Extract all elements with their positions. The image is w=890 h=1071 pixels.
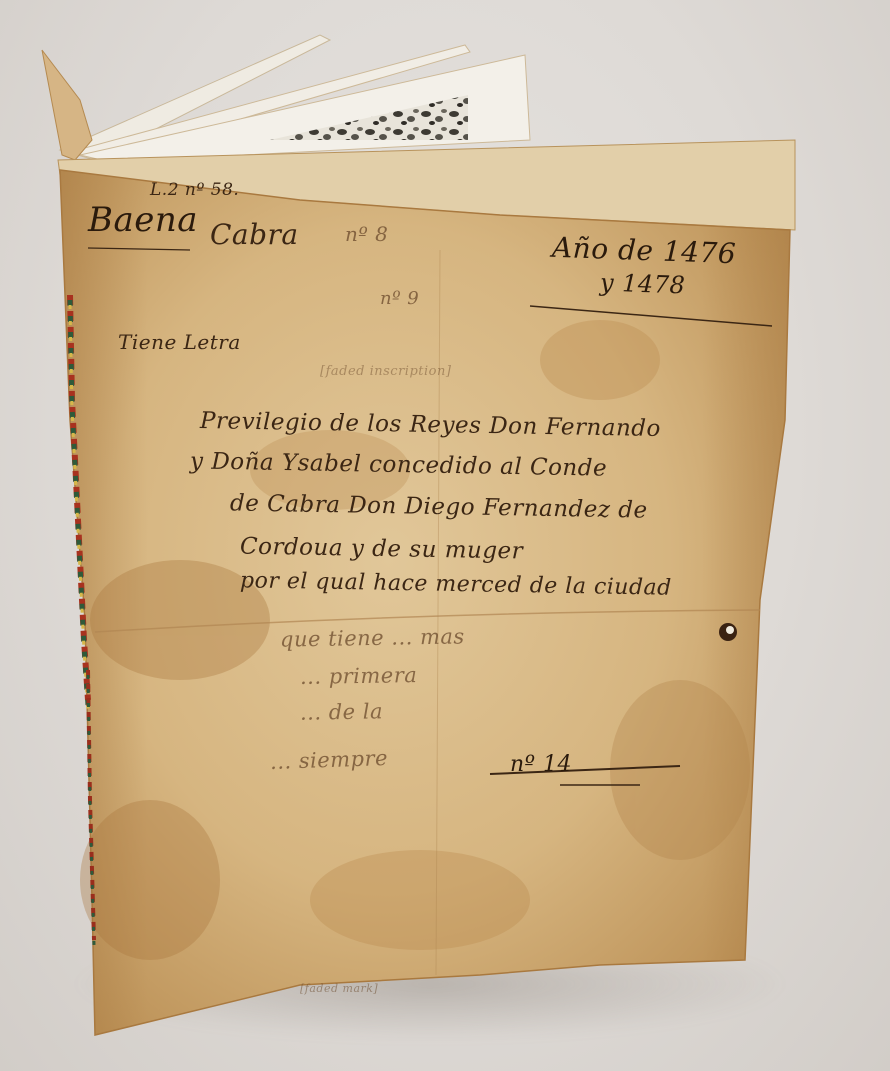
- faint-line: [faded inscription]: [320, 364, 451, 379]
- body-line-4: Cordoua y de su muger: [240, 534, 524, 565]
- photo-scene: L.2 nº 58. Baena Cabra nº 8 Año de 1476 …: [0, 0, 890, 1071]
- manuscript-book: [0, 0, 890, 1071]
- body-line-7: ... primera: [300, 663, 418, 689]
- year-line-2: y 1478: [600, 269, 686, 300]
- number-mid: nº 9: [380, 288, 419, 309]
- shelfmark-top: L.2 nº 58.: [150, 180, 239, 200]
- body-line-9: ... siempre: [270, 746, 389, 774]
- body-line-6: que tiene ... mas: [280, 624, 465, 651]
- bottom-mark: [faded mark]: [300, 982, 378, 995]
- fanned-pages: [42, 35, 530, 162]
- title-baena: Baena: [88, 200, 198, 240]
- number-top: nº 8: [345, 222, 388, 246]
- left-note: Tiene Letra: [118, 330, 241, 354]
- body-line-8: ... de la: [300, 699, 383, 724]
- year-line-1: Año de 1476: [551, 231, 736, 270]
- number-bottom: nº 14: [510, 752, 572, 777]
- title-cabra: Cabra: [210, 218, 299, 251]
